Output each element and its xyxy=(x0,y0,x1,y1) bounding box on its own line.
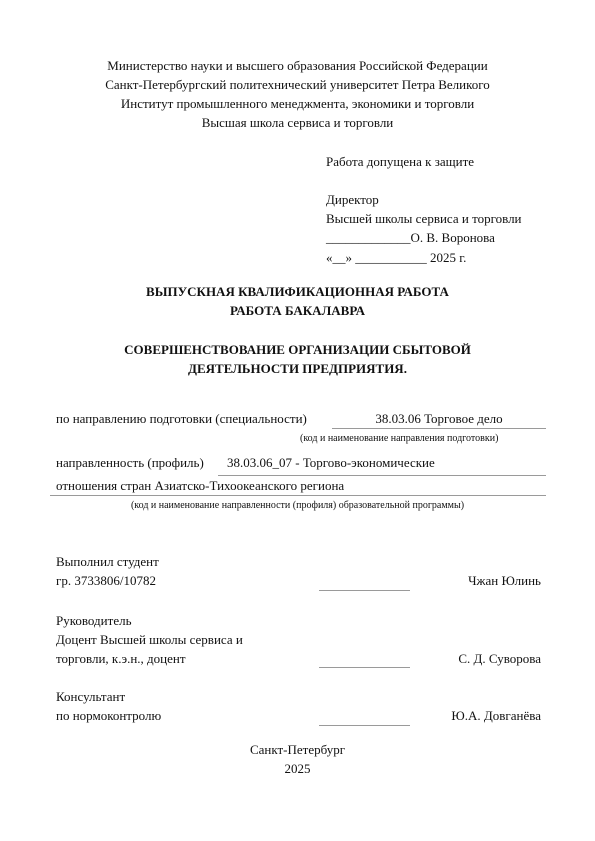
topic-line-2: ДЕЯТЕЛЬНОСТИ ПРЕДПРИЯТИЯ. xyxy=(0,359,595,378)
header-line-school: Высшая школа сервиса и торговли xyxy=(0,113,595,132)
supervisor-name: С. Д. Суворова xyxy=(458,649,541,668)
supervisor-signature-line xyxy=(319,667,410,668)
consultant-role: Консультант xyxy=(56,687,125,706)
header-line-ministry: Министерство науки и высшего образования… xyxy=(0,56,595,75)
director-department: Высшей школы сервиса и торговли xyxy=(326,209,522,228)
direction-caption: (код и наименование направления подготов… xyxy=(300,429,498,448)
supervisor-role: Руководитель xyxy=(56,611,132,630)
student-name: Чжан Юлинь xyxy=(468,571,541,590)
profile-value-line-1: 38.03.06_07 - Торгово-экономические xyxy=(227,453,435,472)
student-signature-line xyxy=(319,590,410,591)
header-line-institute: Институт промышленного менеджмента, экон… xyxy=(0,94,595,113)
approval-date-line: «__» ___________ 2025 г. xyxy=(326,248,466,267)
topic-line-1: СОВЕРШЕНСТВОВАНИЕ ОРГАНИЗАЦИИ СБЫТОВОЙ xyxy=(0,340,595,359)
director-title: Директор xyxy=(326,190,379,209)
work-type-line-1: ВЫПУСКНАЯ КВАЛИФИКАЦИОННАЯ РАБОТА xyxy=(0,282,595,301)
student-group: гр. 3733806/10782 xyxy=(56,571,156,590)
direction-value: 38.03.06 Торговое дело xyxy=(332,409,546,428)
supervisor-position-line-1: Доцент Высшей школы сервиса и xyxy=(56,630,243,649)
footer-city: Санкт-Петербург xyxy=(0,740,595,759)
profile-value-line-2: отношения стран Азиатско-Тихоокеанского … xyxy=(56,476,344,495)
profile-caption: (код и наименование направленности (проф… xyxy=(0,496,595,515)
work-type-line-2: РАБОТА БАКАЛАВРА xyxy=(0,301,595,320)
student-role: Выполнил студент xyxy=(56,552,159,571)
supervisor-position-line-2: торговли, к.э.н., доцент xyxy=(56,649,186,668)
admitted-text: Работа допущена к защите xyxy=(326,152,474,171)
director-signature-line: _____________О. В. Воронова xyxy=(326,228,495,247)
consultant-name: Ю.А. Довганёва xyxy=(451,706,541,725)
direction-label: по направлению подготовки (специальности… xyxy=(56,409,307,428)
consultant-role-line-2: по нормоконтролю xyxy=(56,706,161,725)
profile-label: направленность (профиль) xyxy=(56,453,204,472)
consultant-signature-line xyxy=(319,725,410,726)
header-line-university: Санкт-Петербургский политехнический унив… xyxy=(0,75,595,94)
footer-year: 2025 xyxy=(0,759,595,778)
